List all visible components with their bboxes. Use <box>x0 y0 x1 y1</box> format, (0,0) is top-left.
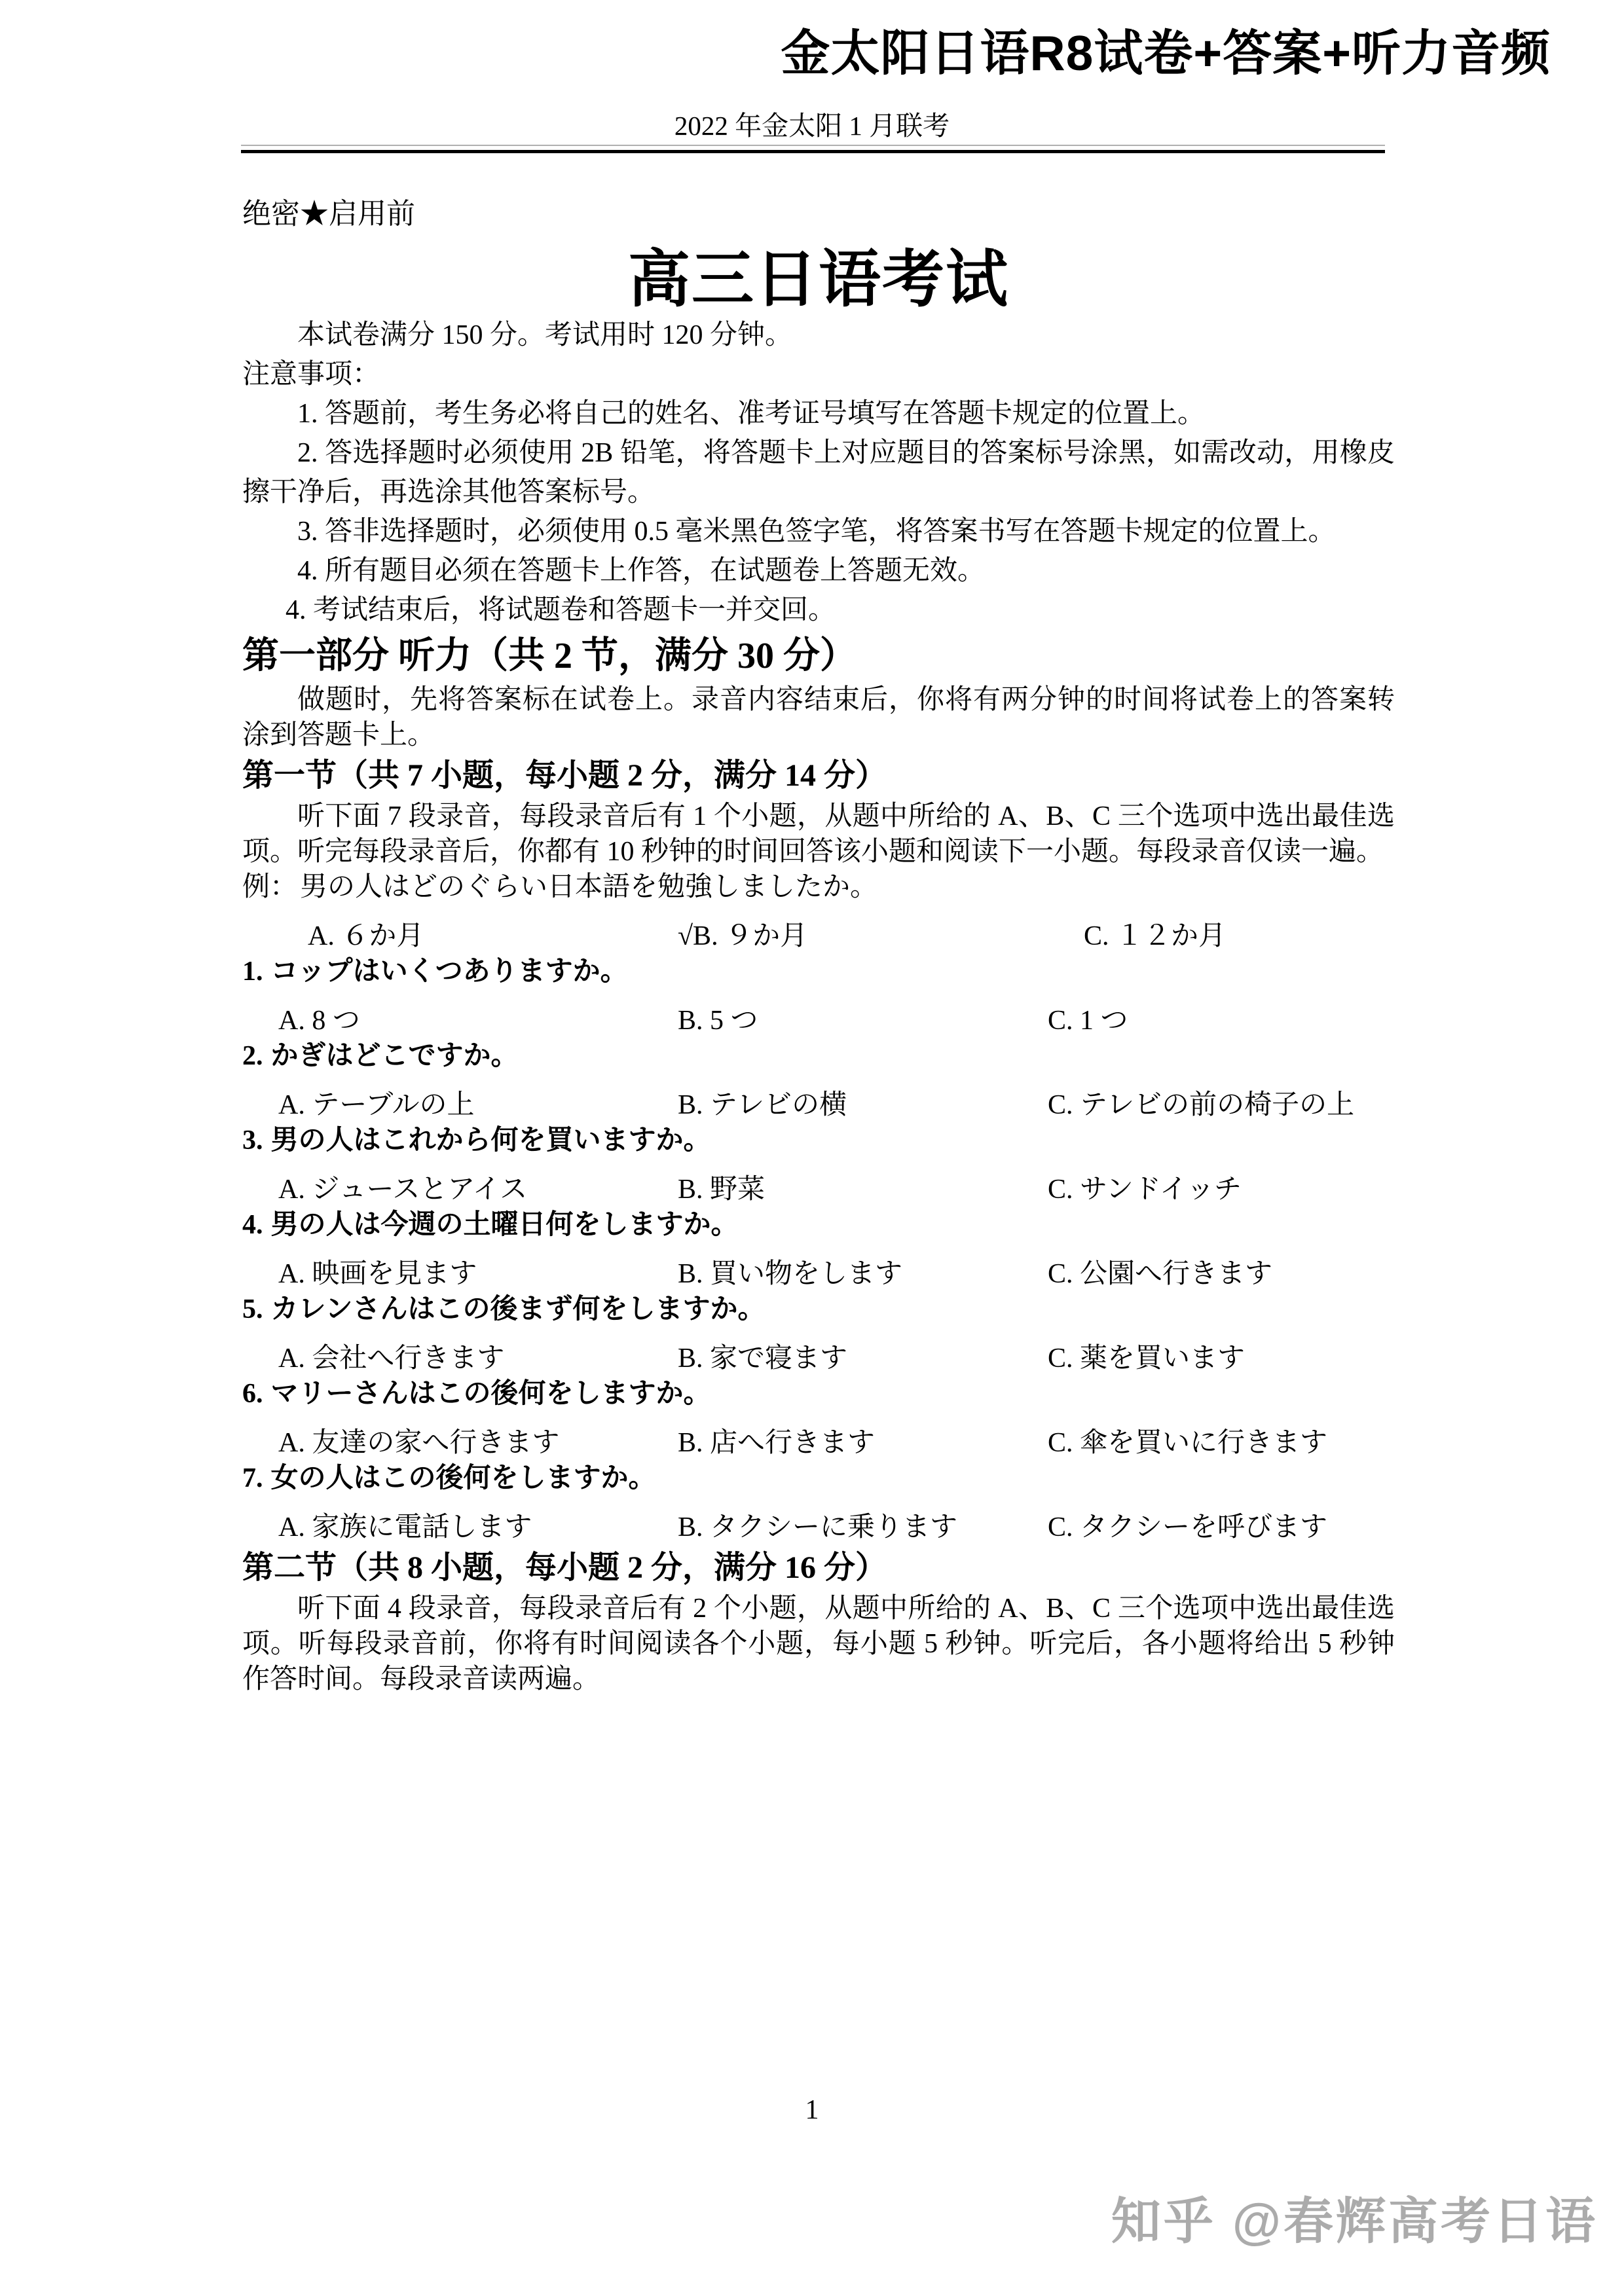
exam-document-page: 金太阳日语R8试卷+答案+听力音频 2022 年金太阳 1 月联考 绝密★启用前… <box>0 0 1624 2296</box>
section1-instructions: 听下面 7 段录音，每段录音后有 1 个小题，从题中所给的 A、B、C 三个选项… <box>242 799 1395 869</box>
section2-heading: 第二节（共 8 小题，每小题 2 分，满分 16 分） <box>242 1545 1395 1591</box>
question-stem: 5.カレンさんはこの後まず何をしますか。 <box>242 1292 1395 1327</box>
example-question-text: 男の人はどのぐらい日本語を勉強しましたか。 <box>300 872 877 902</box>
option-a: A. 友達の家へ行きます <box>278 1425 678 1461</box>
option-b: B. 買い物をします <box>678 1256 1048 1292</box>
notes-title: 注意事项： <box>242 355 1395 394</box>
section2-instructions: 听下面 4 段录音，每段录音后有 2 个小题，从题中所给的 A、B、C 三个选项… <box>242 1591 1395 1697</box>
security-notice: 绝密★启用前 <box>242 196 1395 232</box>
options-row: A. テーブルの上 B. テレビの横 C. テレビの前の椅子の上 <box>278 1087 1395 1123</box>
option-c: C. 1 つ <box>1048 1003 1395 1038</box>
part1-intro: 做题时，先将答案标在试卷上。录音内容结束后，你将有两分钟的时间将试卷上的答案转涂… <box>242 682 1395 753</box>
option-a: A. 家族に電話します <box>278 1510 678 1545</box>
question-number: 1. <box>242 957 263 987</box>
options-row: A. 8 つ B. 5 つ C. 1 つ <box>278 1003 1395 1038</box>
watermark: 知乎 @春辉高考日语 <box>1111 2195 1598 2250</box>
option-c: C. テレビの前の椅子の上 <box>1048 1087 1395 1123</box>
question-text: 男の人はこれから何を買いますか。 <box>271 1125 711 1156</box>
option-c: C. タクシーを呼びます <box>1048 1510 1395 1545</box>
header-rule <box>241 150 1385 153</box>
note-item-4: 4. 所有题目必须在答题卡上作答，在试题卷上答题无效。 <box>242 551 1395 591</box>
option-b: B. テレビの横 <box>678 1087 1048 1123</box>
question-stem: 7.女の人はこの後何をしますか。 <box>242 1461 1395 1496</box>
option-c: C. 傘を買いに行きます <box>1048 1425 1395 1461</box>
question-block-4: 4.男の人は今週の土曜日何をしますか。 A. 映画を見ます B. 買い物をします… <box>242 1207 1395 1292</box>
exam-info: 本试卷满分 150 分。考试用时 120 分钟。 <box>242 316 1395 355</box>
question-text: 女の人はこの後何をしますか。 <box>271 1463 656 1493</box>
option-b: B. 店へ行きます <box>678 1425 1048 1461</box>
example-option-a: A. ６か月 <box>308 919 678 954</box>
option-b: B. タクシーに乗ります <box>678 1510 1048 1545</box>
question-number: 7. <box>242 1463 263 1493</box>
option-b: B. 野菜 <box>678 1172 1048 1207</box>
note-item-1: 1. 答题前，考生务必将自己的姓名、准考证号填写在答题卡规定的位置上。 <box>242 394 1395 433</box>
question-block-7: 7.女の人はこの後何をしますか。 A. 家族に電話します B. タクシーに乗りま… <box>242 1461 1395 1545</box>
option-a: A. テーブルの上 <box>278 1087 678 1123</box>
option-c: C. 公園へ行きます <box>1048 1256 1395 1292</box>
question-text: マリーさんはこの後何をしますか。 <box>271 1379 711 1409</box>
promo-header: 金太阳日语R8试卷+答案+听力音频 <box>781 29 1551 78</box>
example-options-row: A. ６か月 √B. ９か月 C. １２か月 <box>308 919 1395 954</box>
question-number: 3. <box>242 1125 263 1156</box>
question-text: かぎはどこですか。 <box>271 1041 519 1071</box>
question-number: 4. <box>242 1210 263 1240</box>
note-item-2: 2. 答选择题时必须使用 2B 铅笔，将答题卡上对应题目的答案标号涂黑，如需改动… <box>242 433 1395 512</box>
example-option-c: C. １２か月 <box>1084 919 1395 954</box>
question-text: カレンさんはこの後まず何をしますか。 <box>271 1294 766 1324</box>
option-c: C. サンドイッチ <box>1048 1172 1395 1207</box>
example-question: 例：男の人はどのぐらい日本語を勉強しましたか。 <box>242 869 1395 905</box>
part1-heading: 第一部分 听力（共 2 节，满分 30 分） <box>242 630 1395 682</box>
question-stem: 1.コップはいくつありますか。 <box>242 954 1395 989</box>
question-block-3: 3.男の人はこれから何を買いますか。 A. ジュースとアイス B. 野菜 C. … <box>242 1123 1395 1207</box>
option-b: B. 家で寝ます <box>678 1341 1048 1376</box>
options-row: A. ジュースとアイス B. 野菜 C. サンドイッチ <box>278 1172 1395 1207</box>
question-stem: 2.かぎはどこですか。 <box>242 1038 1395 1074</box>
question-block-2: 2.かぎはどこですか。 A. テーブルの上 B. テレビの横 C. テレビの前の… <box>242 1038 1395 1123</box>
document-body: 绝密★启用前 高三日语考试 本试卷满分 150 分。考试用时 120 分钟。 注… <box>242 196 1395 1697</box>
question-block-6: 6.マリーさんはこの後何をしますか。 A. 友達の家へ行きます B. 店へ行きま… <box>242 1376 1395 1461</box>
option-a: A. 会社へ行きます <box>278 1341 678 1376</box>
option-a: A. 8 つ <box>278 1003 678 1038</box>
option-b: B. 5 つ <box>678 1003 1048 1038</box>
question-stem: 6.マリーさんはこの後何をしますか。 <box>242 1376 1395 1412</box>
options-row: A. 映画を見ます B. 買い物をします C. 公園へ行きます <box>278 1256 1395 1292</box>
question-block-5: 5.カレンさんはこの後まず何をしますか。 A. 会社へ行きます B. 家で寝ます… <box>242 1292 1395 1376</box>
question-number: 5. <box>242 1294 263 1324</box>
question-number: 2. <box>242 1041 263 1071</box>
exam-session-line: 2022 年金太阳 1 月联考 <box>0 113 1624 139</box>
page-title: 高三日语考试 <box>242 244 1395 316</box>
question-stem: 4.男の人は今週の土曜日何をしますか。 <box>242 1207 1395 1243</box>
question-text: 男の人は今週の土曜日何をしますか。 <box>271 1210 739 1240</box>
note-item-5: 4. 考试结束后，将试题卷和答题卡一并交回。 <box>242 591 1395 630</box>
options-row: A. 会社へ行きます B. 家で寝ます C. 薬を買います <box>278 1341 1395 1376</box>
section1-heading: 第一节（共 7 小题，每小题 2 分，满分 14 分） <box>242 753 1395 799</box>
options-row: A. 家族に電話します B. タクシーに乗ります C. タクシーを呼びます <box>278 1510 1395 1545</box>
note-item-3: 3. 答非选择题时，必须使用 0.5 毫米黑色签字笔，将答案书写在答题卡规定的位… <box>242 512 1395 551</box>
option-a: A. 映画を見ます <box>278 1256 678 1292</box>
options-row: A. 友達の家へ行きます B. 店へ行きます C. 傘を買いに行きます <box>278 1425 1395 1461</box>
example-label: 例： <box>242 872 297 902</box>
example-option-b-checked: √B. ９か月 <box>678 919 1084 954</box>
option-a: A. ジュースとアイス <box>278 1172 678 1207</box>
question-block-1: 1.コップはいくつありますか。 A. 8 つ B. 5 つ C. 1 つ <box>242 954 1395 1038</box>
option-c: C. 薬を買います <box>1048 1341 1395 1376</box>
question-stem: 3.男の人はこれから何を買いますか。 <box>242 1123 1395 1158</box>
header-rule-shadow <box>241 145 1385 146</box>
question-number: 6. <box>242 1379 263 1409</box>
question-text: コップはいくつありますか。 <box>271 957 628 987</box>
page-number: 1 <box>0 2092 1624 2128</box>
